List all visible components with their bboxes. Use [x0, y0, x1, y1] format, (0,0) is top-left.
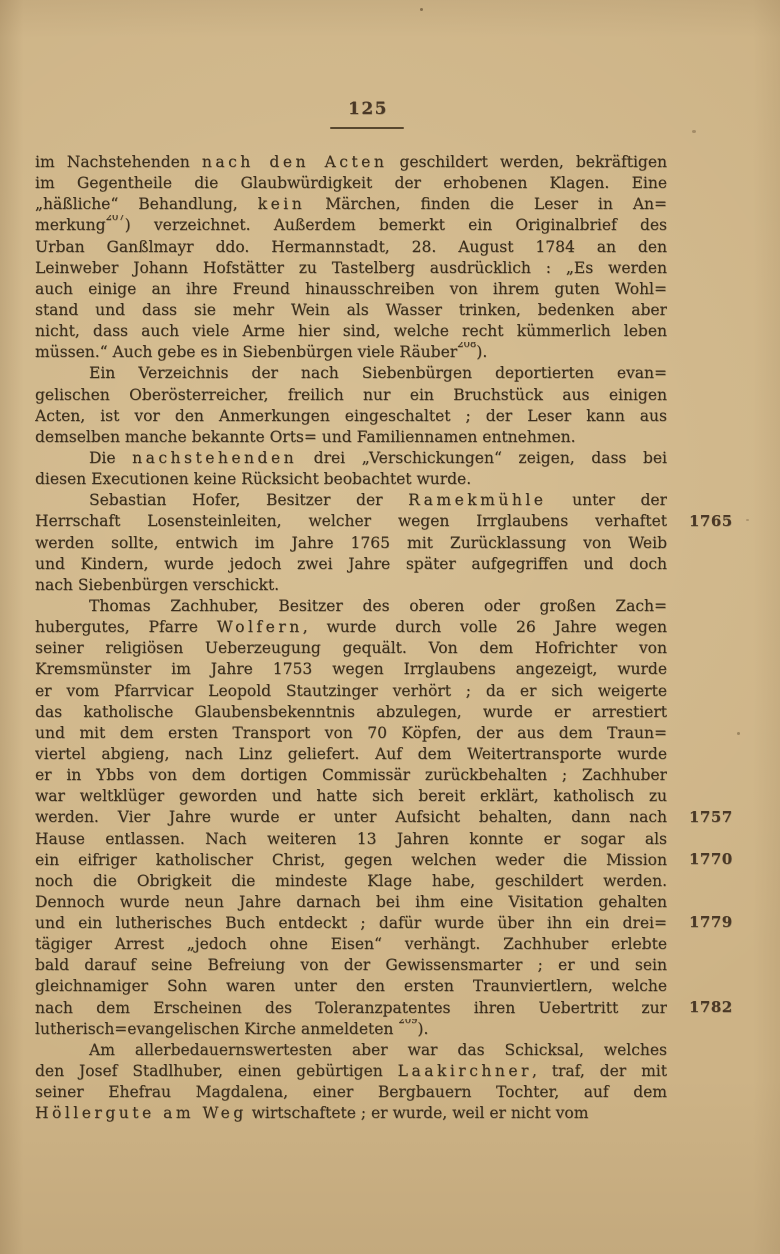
text-line: Kremsmünster im Jahre 1753 wegen Irrglau… — [35, 659, 667, 680]
paper-speck — [692, 130, 696, 133]
text-line: diesen Executionen keine Rücksicht beoba… — [35, 469, 667, 490]
margin-year: 1770 — [689, 850, 737, 868]
body-text: im Nachstehenden nach den Acten geschild… — [35, 152, 667, 1124]
text-line: gleichnamiger Sohn waren unter den erste… — [35, 976, 667, 997]
paper-speck — [420, 8, 423, 11]
text-line: ein eifriger katholischer Christ, gegen … — [35, 850, 667, 871]
text-line: Acten, ist vor den Anmerkungen eingescha… — [35, 406, 667, 427]
text-line: müssen.“ Auch gebe es in Siebenbürgen vi… — [35, 342, 667, 363]
text-line: viertel abgieng, nach Linz geliefert. Au… — [35, 744, 667, 765]
text-line: Hause entlassen. Nach weiteren 13 Jahren… — [35, 829, 667, 850]
text-line: demselben manche bekannte Orts= und Fami… — [35, 427, 667, 448]
text-line: Dennoch wurde neun Jahre darnach bei ihm… — [35, 892, 667, 913]
text-line: tägiger Arrest „jedoch ohne Eisen“ verhä… — [35, 934, 667, 955]
text-line: Am allerbedauernswertesten aber war das … — [35, 1040, 667, 1061]
text-line: stand und dass sie mehr Wein als Wasser … — [35, 300, 667, 321]
text-line: und ein lutherisches Buch entdeckt ; daf… — [35, 913, 667, 934]
text-line: gelischen Oberösterreicher, freilich nur… — [35, 385, 667, 406]
scanned-book-page: 125 im Nachstehenden nach den Acten gesc… — [0, 0, 780, 1254]
text-line: noch die Obrigkeit die mindeste Klage ha… — [35, 871, 667, 892]
margin-year: 1782 — [689, 998, 737, 1016]
text-line: bald darauf seine Befreiung von der Gewi… — [35, 955, 667, 976]
text-line: er vom Pfarrvicar Leopold Stautzinger ve… — [35, 681, 667, 702]
paragraph: Die nachstehenden drei „Verschickungen“ … — [35, 448, 667, 490]
text-line: werden sollte, entwich im Jahre 1765 mit… — [35, 533, 667, 554]
text-line: Ein Verzeichnis der nach Siebenbürgen de… — [35, 363, 667, 384]
text-line: lutherisch=evangelischen Kirche anmeldet… — [35, 1019, 667, 1040]
page-number-rule — [330, 127, 404, 129]
text-line: war weltklüger geworden und hatte sich b… — [35, 786, 667, 807]
text-line: seiner Ehefrau Magdalena, einer Bergbaue… — [35, 1082, 667, 1103]
text-line: merkung207) verzeichnet. Außerdem bemerk… — [35, 215, 667, 236]
text-line: Sebastian Hofer, Besitzer der Ramekmühle… — [35, 490, 667, 511]
text-line: im Nachstehenden nach den Acten geschild… — [35, 152, 667, 173]
margin-year: 1765 — [689, 512, 737, 530]
text-line: und Kindern, wurde jedoch zwei Jahre spä… — [35, 554, 667, 575]
paragraph: Thomas Zachhuber, Besitzer des oberen od… — [35, 596, 667, 1040]
text-line: nach dem Erscheinen des Toleranzpatentes… — [35, 998, 667, 1019]
text-line: „häßliche“ Behandlung, kein Märchen, fin… — [35, 194, 667, 215]
text-line: das katholische Glaubensbekenntnis abzul… — [35, 702, 667, 723]
text-line: Die nachstehenden drei „Verschickungen“ … — [35, 448, 667, 469]
paragraph: Sebastian Hofer, Besitzer der Ramekmühle… — [35, 490, 667, 596]
margin-year: 1779 — [689, 913, 737, 931]
page-number: 125 — [331, 99, 405, 119]
text-line: Höllergute am Weg wirtschaftete ; er wur… — [35, 1103, 667, 1124]
text-line: auch einige an ihre Freund hinausschreib… — [35, 279, 667, 300]
paragraph: im Nachstehenden nach den Acten geschild… — [35, 152, 667, 363]
text-line: nicht, dass auch viele Arme hier sind, w… — [35, 321, 667, 342]
paragraph: Ein Verzeichnis der nach Siebenbürgen de… — [35, 363, 667, 448]
text-line: den Josef Stadlhuber, einen gebürtigen L… — [35, 1061, 667, 1082]
paragraph: Am allerbedauernswertesten aber war das … — [35, 1040, 667, 1125]
paper-speck — [746, 519, 749, 521]
text-line: nach Siebenbürgen verschickt. — [35, 575, 667, 596]
text-line: hubergutes, Pfarre Wolfern, wurde durch … — [35, 617, 667, 638]
text-line: werden. Vier Jahre wurde er unter Aufsic… — [35, 807, 667, 828]
text-line: Leinweber Johann Hofstätter zu Tastelber… — [35, 258, 667, 279]
text-line: und mit dem ersten Transport von 70 Köpf… — [35, 723, 667, 744]
paper-speck — [737, 732, 740, 735]
text-line: Urban Ganßlmayr ddo. Hermannstadt, 28. A… — [35, 237, 667, 258]
text-line: Thomas Zachhuber, Besitzer des oberen od… — [35, 596, 667, 617]
margin-year: 1757 — [689, 808, 737, 826]
text-line: seiner religiösen Ueberzeugung gequält. … — [35, 638, 667, 659]
text-line: im Gegentheile die Glaubwürdigkeit der e… — [35, 173, 667, 194]
text-line: er in Ybbs von dem dortigen Commissär zu… — [35, 765, 667, 786]
text-line: Herrschaft Losensteinleiten, welcher weg… — [35, 511, 667, 532]
